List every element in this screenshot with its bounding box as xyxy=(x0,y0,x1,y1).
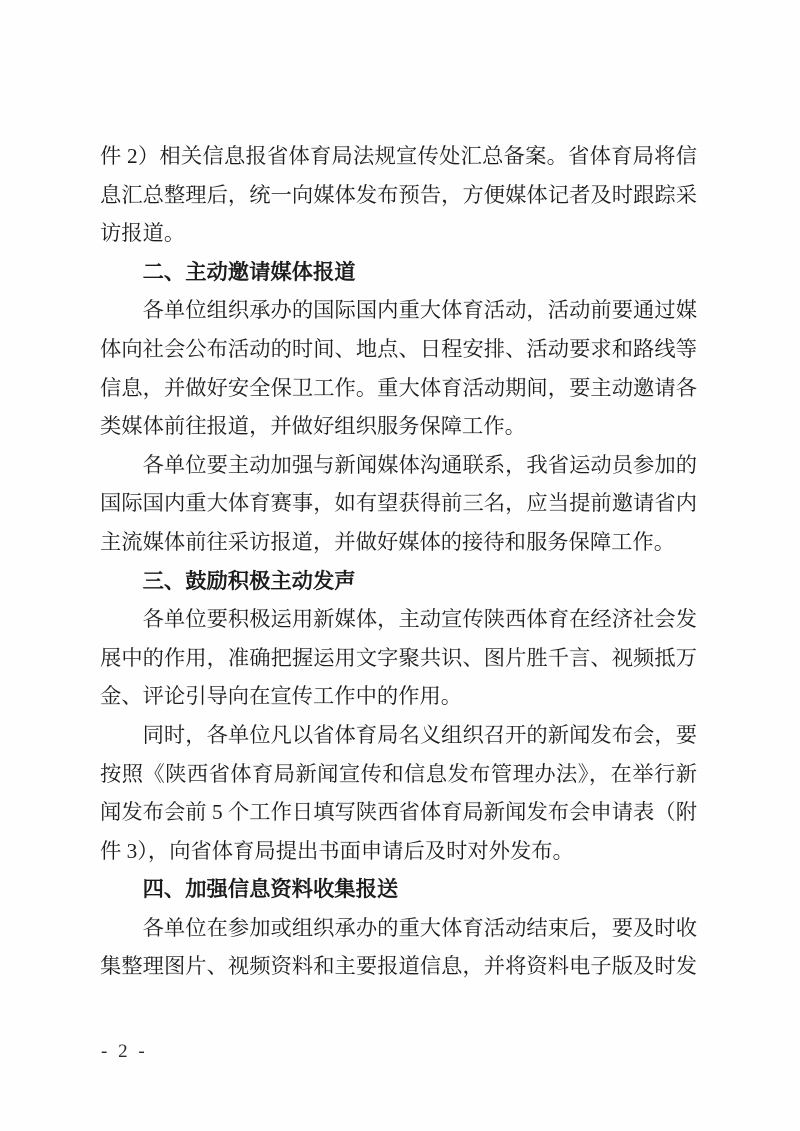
document-body: 件 2）相关信息报省体育局法规宣传处汇总备案。省体育局将信息汇总整理后，统一向媒… xyxy=(100,137,697,986)
section-heading: 二、主动邀请媒体报道 xyxy=(100,253,697,292)
text-line: 访报道。 xyxy=(100,214,697,253)
section-heading: 三、鼓励积极主动发声 xyxy=(100,562,697,601)
text-line: 展中的作用，准确把握运用文字聚共识、图片胜千言、视频抵万 xyxy=(100,639,697,678)
text-line: 各单位要主动加强与新闻媒体沟通联系，我省运动员参加的 xyxy=(100,446,697,485)
text-line: 主流媒体前往采访报道，并做好媒体的接待和服务保障工作。 xyxy=(100,523,697,562)
text-line: 体向社会公布活动的时间、地点、日程安排、活动要求和路线等 xyxy=(100,330,697,369)
text-line: 信息，并做好安全保卫工作。重大体育活动期间，要主动邀请各 xyxy=(100,369,697,408)
text-line: 集整理图片、视频资料和主要报道信息，并将资料电子版及时发 xyxy=(100,947,697,986)
text-line: 类媒体前往报道，并做好组织服务保障工作。 xyxy=(100,407,697,446)
text-line: 闻发布会前 5 个工作日填写陕西省体育局新闻发布会申请表（附 xyxy=(100,793,697,832)
text-line: 各单位组织承办的国际国内重大体育活动，活动前要通过媒 xyxy=(100,291,697,330)
text-line: 件 2）相关信息报省体育局法规宣传处汇总备案。省体育局将信 xyxy=(100,137,697,176)
text-line: 息汇总整理后，统一向媒体发布预告，方便媒体记者及时跟踪采 xyxy=(100,176,697,215)
text-line: 按照《陕西省体育局新闻宣传和信息发布管理办法》，在举行新 xyxy=(100,755,697,794)
text-line: 金、评论引导向在宣传工作中的作用。 xyxy=(100,677,697,716)
page-number: - 2 - xyxy=(101,1040,148,1064)
text-line: 各单位在参加或组织承办的重大体育活动结束后，要及时收 xyxy=(100,909,697,948)
text-line: 国际国内重大体育赛事，如有望获得前三名，应当提前邀请省内 xyxy=(100,484,697,523)
section-heading: 四、加强信息资料收集报送 xyxy=(100,870,697,909)
text-line: 各单位要积极运用新媒体，主动宣传陕西体育在经济社会发 xyxy=(100,600,697,639)
text-line: 件 3），向省体育局提出书面申请后及时对外发布。 xyxy=(100,832,697,871)
document-page: 件 2）相关信息报省体育局法规宣传处汇总备案。省体育局将信息汇总整理后，统一向媒… xyxy=(0,0,800,1131)
text-line: 同时，各单位凡以省体育局名义组织召开的新闻发布会，要 xyxy=(100,716,697,755)
